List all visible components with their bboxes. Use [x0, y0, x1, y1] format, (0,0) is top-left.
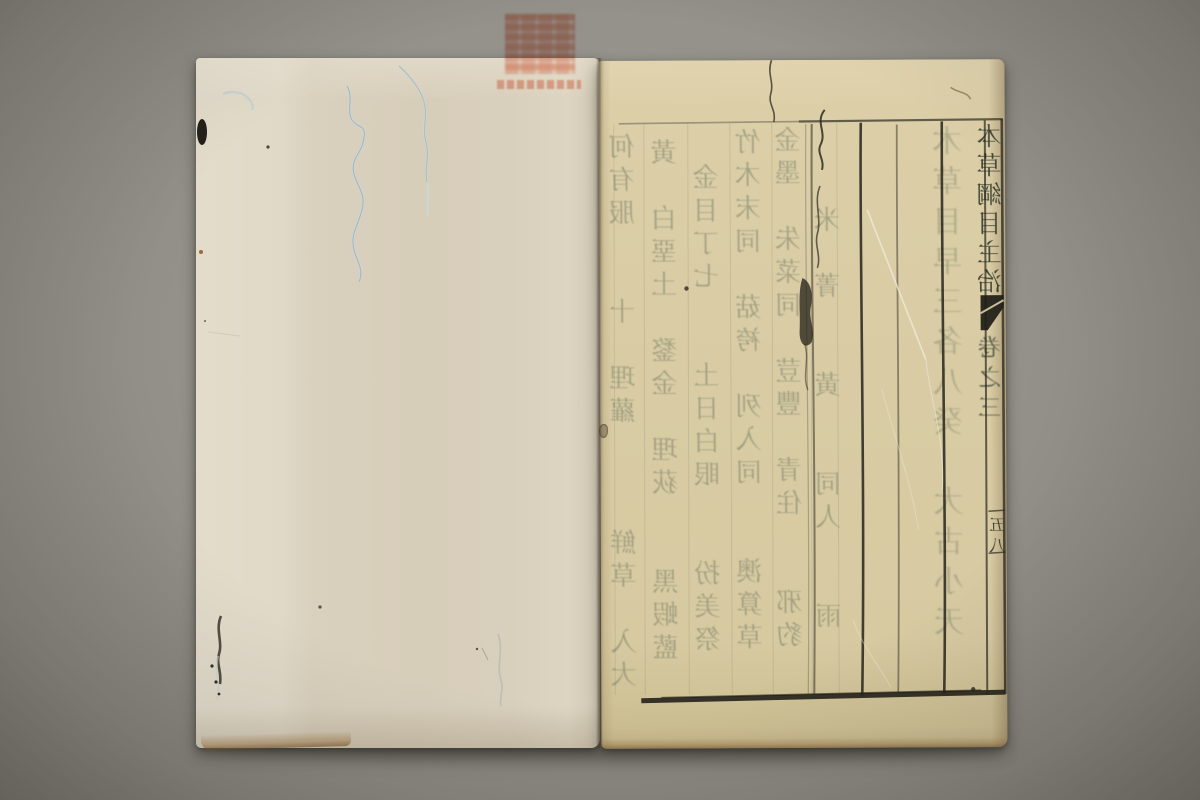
right-page-bottom-edge: [601, 737, 1007, 749]
left-page-creases: [196, 58, 600, 748]
red-seal-watermark: [497, 12, 581, 96]
watermark-seal-block: [505, 14, 575, 74]
book-gutter: [596, 58, 604, 748]
gutter-ink-speck: [599, 424, 608, 438]
right-page-showthrough: 何有服 十 理蘿 鮮草 入大 黃 白堊土 鍪金 理荻 黑蝦藍 金目丁七 土日白眼…: [599, 59, 1008, 749]
left-page-blank: [196, 58, 600, 748]
watermark-caption-line: [497, 80, 581, 89]
right-page-frame-and-marks: [599, 59, 1008, 749]
photo-background: 何有服 十 理蘿 鮮草 入大 黃 白堊土 鍪金 理荻 黑蝦藍 金目丁七 土日白眼…: [0, 0, 1200, 800]
